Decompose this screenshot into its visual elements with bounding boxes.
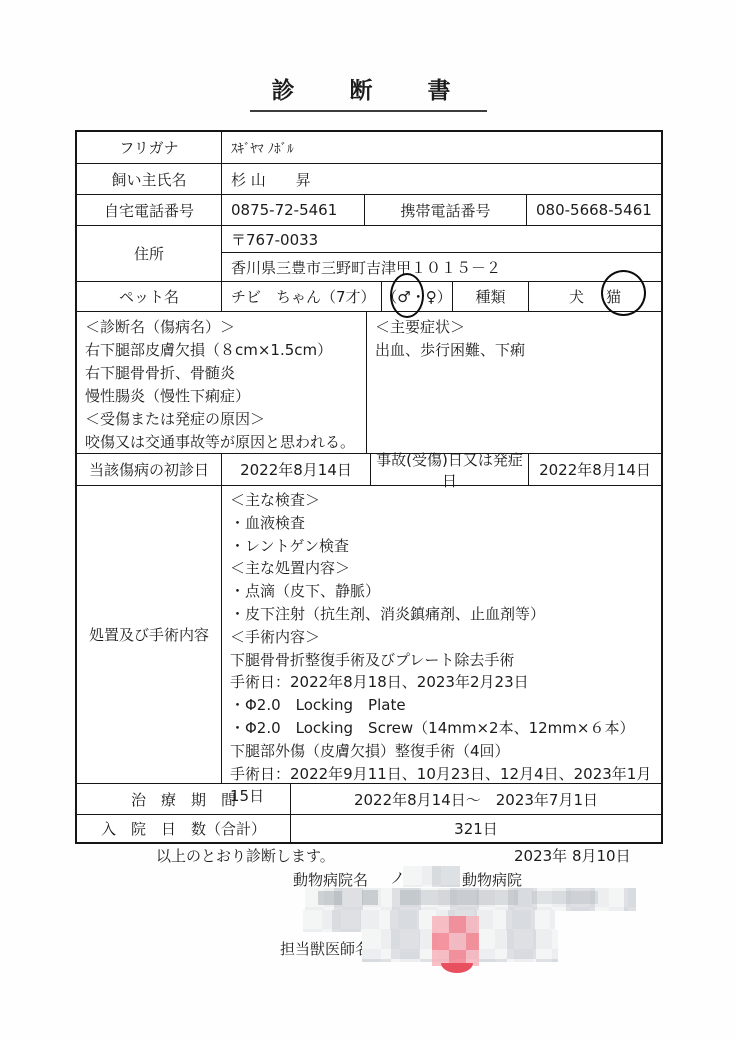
hospital-days-value: 321日	[291, 815, 661, 842]
hospital-days-label: 入 院 日 数（合計）	[77, 815, 291, 842]
owner-name-value: 杉 山 昇	[222, 164, 661, 194]
censored-hospital-address-line2	[303, 910, 555, 932]
treatment-line: ・レントゲン検査	[230, 535, 653, 558]
treatment-line: ・Φ2.0 Locking Screw（14mm×2本、12mm×６本）	[230, 717, 653, 740]
mobile-phone-value: 080-5668-5461	[527, 195, 661, 225]
address-label: 住所	[77, 226, 222, 281]
row-diagnosis: ＜診断名（傷病名）＞ 右下腿部皮膚欠損（８cm×1.5cm） 右下腿骨骨折、骨髄…	[77, 312, 661, 454]
cause-line: 咬傷又は交通事故等が原因と思われる。	[85, 431, 358, 454]
gender-paren-close: ）	[437, 286, 452, 307]
scanned-diagnosis-certificate: 診 断 書 フリガナ ｽｷﾞﾔﾏ ﾉﾎﾞﾙ 飼い主氏名 杉 山 昇 自宅電話番号…	[0, 0, 736, 1040]
pet-name-value: チビ ちゃん（7才）	[222, 282, 382, 311]
symptoms-value: 出血、歩行困難、下痢	[375, 339, 653, 362]
symptoms-heading: ＜主要症状＞	[375, 316, 653, 339]
diagnosis-line: 右下腿部皮膚欠損（８cm×1.5cm）	[85, 339, 358, 362]
treatment-line: ・点滴（皮下、静脈）	[230, 580, 653, 603]
owner-name-label: 飼い主氏名	[77, 164, 222, 194]
treatment-line: ・Φ2.0 Locking Plate	[230, 694, 653, 717]
first-visit-date: 2022年8月14日	[222, 454, 371, 485]
censor-text-ghost	[362, 890, 378, 905]
gender-female-mark: ♀	[426, 288, 437, 306]
furigana-value: ｽｷﾞﾔﾏ ﾉﾎﾞﾙ	[222, 132, 661, 163]
treatment-period-label: 治 療 期 間	[77, 784, 291, 814]
treatment-line: 下腿部外傷（皮膚欠損）整復手術（4回）	[230, 740, 653, 763]
species-dog-option: 犬	[569, 286, 584, 307]
censored-hospital-name	[403, 866, 460, 887]
row-address: 住所 〒767-0033 香川県三豊市三野町吉津甲１０１５－２	[77, 226, 661, 282]
certificate-table: フリガナ ｽｷﾞﾔﾏ ﾉﾎﾞﾙ 飼い主氏名 杉 山 昇 自宅電話番号 0875-…	[75, 130, 663, 844]
hospital-name-label: 動物病院名	[293, 869, 368, 890]
vet-name-label: 担当獣医師名	[280, 938, 370, 959]
row-treatment-period: 治 療 期 間 2022年8月14日～ 2023年7月1日	[77, 784, 661, 815]
document-title: 診 断 書	[250, 72, 487, 112]
mobile-phone-label: 携帯電話番号	[365, 195, 527, 225]
treatment-line: ＜手術内容＞	[230, 626, 653, 649]
diagnosis-statement: 以上のとおり診断します。	[156, 845, 335, 866]
censor-text-ghost	[400, 890, 518, 905]
row-pet: ペット名 チビ ちゃん（7才） （♂・♀） 種類 犬 猫	[77, 282, 661, 312]
treatment-line: 下腿骨骨折整復手術及びプレート除去手術	[230, 649, 653, 672]
treatment-line: 手術日：2022年8月18日、2023年2月23日	[230, 671, 653, 694]
document-title-wrap: 診 断 書	[0, 72, 736, 112]
vet-seal-stamp-edge	[441, 963, 473, 973]
first-visit-label: 当該傷病の初診日	[77, 454, 222, 485]
row-owner-name: 飼い主氏名 杉 山 昇	[77, 164, 661, 195]
treatment-details: ＜主な検査＞ ・血液検査 ・レントゲン検査 ＜主な処置内容＞ ・点滴（皮下、静脈…	[222, 486, 661, 783]
treatment-label: 処置及び手術内容	[77, 486, 222, 783]
row-treatment: 処置及び手術内容 ＜主な検査＞ ・血液検査 ・レントゲン検査 ＜主な処置内容＞ …	[77, 486, 661, 784]
treatment-period-value: 2022年8月14日～ 2023年7月1日	[291, 784, 661, 814]
pet-name-label: ペット名	[77, 282, 222, 311]
accident-date-label: 事故(受傷)日又は発症日	[371, 454, 529, 485]
treatment-line: ・皮下注射（抗生剤、消炎鎮痛剤、止血剤等）	[230, 603, 653, 626]
address-value: 香川県三豊市三野町吉津甲１０１５－２	[222, 253, 661, 281]
row-first-visit: 当該傷病の初診日 2022年8月14日 事故(受傷)日又は発症日 2022年8月…	[77, 454, 661, 486]
species-label: 種類	[453, 282, 529, 311]
diagnosis-pane: ＜診断名（傷病名）＞ 右下腿部皮膚欠損（８cm×1.5cm） 右下腿骨骨折、骨髄…	[77, 312, 367, 453]
issue-date: 2023年 8月10日	[514, 845, 631, 866]
censored-vet-stamp	[432, 916, 479, 966]
accident-date-value: 2022年8月14日	[529, 454, 661, 485]
treatment-line: ＜主な検査＞	[230, 489, 653, 512]
diagnosis-heading: ＜診断名（傷病名）＞	[85, 316, 358, 339]
row-hospital-days: 入 院 日 数（合計） 321日	[77, 815, 661, 842]
species-cat-circle-annotation	[601, 270, 646, 316]
row-phone: 自宅電話番号 0875-72-5461 携帯電話番号 080-5668-5461	[77, 195, 661, 226]
home-phone-value: 0875-72-5461	[222, 195, 365, 225]
symptoms-pane: ＜主要症状＞ 出血、歩行困難、下痢	[367, 312, 661, 453]
censor-text-ghost	[532, 891, 598, 904]
treatment-line: ＜主な処置内容＞	[230, 557, 653, 580]
treatment-line: ・血液検査	[230, 512, 653, 535]
censor-text-ghost	[318, 891, 342, 905]
home-phone-label: 自宅電話番号	[77, 195, 222, 225]
address-value-group: 〒767-0033 香川県三豊市三野町吉津甲１０１５－２	[222, 226, 661, 281]
furigana-label: フリガナ	[77, 132, 222, 163]
diagnosis-line: 右下腿骨骨折、骨髄炎	[85, 362, 358, 385]
gender-male-circle-annotation	[390, 273, 424, 318]
postal-code-value: 〒767-0033	[222, 226, 661, 253]
row-furigana: フリガナ ｽｷﾞﾔﾏ ﾉﾎﾞﾙ	[77, 132, 661, 164]
diagnosis-line: 慢性腸炎（慢性下痢症）	[85, 385, 358, 408]
cause-heading: ＜受傷または発症の原因＞	[85, 408, 358, 431]
hospital-name-suffix: 動物病院	[462, 869, 522, 890]
